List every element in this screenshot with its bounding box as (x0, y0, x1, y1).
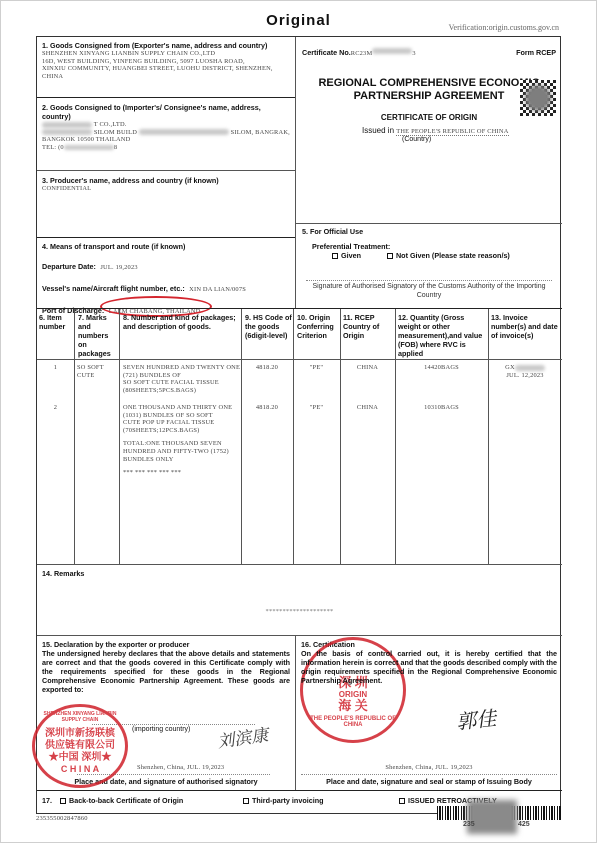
country-caption: (Country) (302, 136, 556, 143)
total-line: HUNDRED AND FIFTY-TWO (1752) (123, 448, 241, 456)
header-marks: 7. Marks and numbers on packages (78, 313, 118, 358)
header-quantity: 12. Quantity (Gross weight or other meas… (398, 313, 486, 358)
exporter-signature: 刘滨康 (216, 721, 270, 753)
description-line: SO SOFT CUTE FACIAL TISSUE (123, 379, 241, 387)
consignee-line: T CO.,LTD. (42, 121, 290, 129)
issued-in-label: Issued in (362, 126, 394, 135)
customs-sig-caption: Signature of Authorised Signatory of the… (302, 283, 556, 300)
quantity: 14420BAGS (395, 364, 488, 372)
vessel-value: XIN DA LIAN/007S (189, 286, 246, 293)
verification-url: Verification:origin.customs.gov.cn (449, 23, 559, 32)
description-line: ONE THOUSAND AND THIRTY ONE (123, 404, 241, 412)
agreement-title: PARTNERSHIP AGREEMENT (302, 90, 556, 103)
barcode-prefix: 235 (463, 821, 475, 828)
header-invoice: 13. Invoice number(s) and date of invoic… (491, 313, 561, 340)
hs-code: 4818.20 (241, 364, 293, 372)
end-marker: *** *** *** *** *** (123, 469, 241, 477)
invoice-number: GX (488, 364, 562, 372)
consignee-line: BANGKOK 10500 THAILAND (42, 136, 290, 144)
country: CHINA (340, 404, 395, 412)
issuing-caption: Place and date, signature and seal or st… (296, 777, 562, 786)
box14-label: 14. Remarks (42, 569, 557, 578)
box2-label: 2. Goods Consigned to (Importer's/ Consi… (42, 103, 290, 121)
departure-value: JUL. 19,2023 (100, 264, 137, 271)
qr-code (520, 80, 556, 116)
invoice-date: JUL. 12,2023 (488, 372, 562, 380)
goods-table: 6. Item number 7. Marks and numbers on p… (37, 309, 562, 564)
exporter-line: SHENZHEN XINYANG LIANBIN SUPPLY CHAIN CO… (42, 50, 290, 58)
description-line: (80SHEETS;5PCS.BAGS) (123, 387, 241, 395)
box15-declaration: 15. Declaration by the exporter or produ… (37, 636, 295, 790)
pref-label: Preferential Treatment: (302, 242, 556, 251)
company-stamp: SHENZHEN XINYANG LIANBIN SUPPLY CHAIN 深圳… (32, 704, 128, 788)
box2-consignee: 2. Goods Consigned to (Importer's/ Consi… (37, 98, 295, 170)
header-hs-code: 9. HS Code of the goods (6digit-level) (245, 313, 292, 340)
certificate-header: Certificate No.RC23M3 Form RCEP REGIONAL… (296, 37, 562, 223)
hs-code: 4818.20 (241, 404, 293, 412)
header-description: 8. Number and kind of packages; and desc… (123, 313, 239, 331)
barcode-suffix: 425 (518, 821, 530, 828)
back-to-back-checkbox[interactable]: Back-to-back Certificate of Origin (60, 796, 183, 805)
issuing-place-date: Shenzhen, China, JUL. 19,2023 (296, 764, 562, 772)
consignee-line: SILOM BUILD SILOM, BANGRAK, (42, 129, 290, 137)
box15-label: 15. Declaration by the exporter or produ… (42, 640, 290, 649)
box1-label: 1. Goods Consigned from (Exporter's name… (42, 41, 290, 50)
not-given-checkbox[interactable]: Not Given (Please state reason/s) (387, 251, 510, 260)
header-item-number: 6. Item number (39, 313, 73, 331)
official-signature: 郭佳 (455, 702, 498, 735)
exporter-line: CHINA (42, 73, 290, 81)
box5-label: 5. For Official Use (302, 227, 556, 236)
producer-value: CONFIDENTIAL (42, 185, 290, 193)
exporter-place-date: Shenzhen, China, JUL. 19,2023 (137, 764, 224, 772)
vessel-label: Vessel's name/Aircraft flight number, et… (42, 284, 185, 293)
description-line: (721) BUNDLES OF (123, 372, 241, 380)
box5-official-use: 5. For Official Use Preferential Treatme… (296, 224, 562, 308)
total-line: TOTAL:ONE THOUSAND SEVEN (123, 440, 241, 448)
item-number: 2 (37, 404, 74, 412)
marks: SO SOFT CUTE (77, 364, 117, 379)
box14-remarks: 14. Remarks ******************** (37, 565, 562, 635)
header-country: 11. RCEP Country of Origin (343, 313, 393, 340)
importing-country-caption: (importing country) (132, 726, 190, 733)
description-line: CUTE POP UP FACIAL TISSUE (123, 419, 241, 427)
departure-label: Departure Date: (42, 262, 96, 271)
barcode-redaction (467, 800, 517, 834)
box4-transport: 4. Means of transport and route (if know… (37, 238, 295, 308)
criterion: "PE" (293, 364, 340, 372)
country: CHINA (340, 364, 395, 372)
description-line: (70SHEETS;12PCS.BAGS) (123, 427, 241, 435)
box3-label: 3. Producer's name, address and country … (42, 176, 290, 185)
given-checkbox[interactable]: Given (332, 251, 361, 260)
third-party-checkbox[interactable]: Third-party invoicing (243, 796, 323, 805)
criterion: "PE" (293, 404, 340, 412)
issued-in-value: THE PEOPLE'S REPUBLIC OF CHINA (396, 128, 508, 136)
box17-label: 17. (42, 796, 52, 805)
exporter-line: XINXIU COMMUNITY, HUANGBEI STREET, LUOHU… (42, 65, 290, 73)
description-line: (1031) BUNDLES OF SO SOFT (123, 412, 241, 420)
declaration-text: The undersigned hereby declares that the… (42, 649, 290, 694)
remarks-value: ******************** (42, 608, 557, 616)
certificate-form: 1. Goods Consigned from (Exporter's name… (36, 36, 561, 814)
box3-producer: 3. Producer's name, address and country … (37, 171, 295, 237)
cert-title: CERTIFICATE OF ORIGIN (302, 113, 556, 122)
agreement-title: REGIONAL COMPREHENSIVE ECONOMIC (302, 77, 556, 90)
description-line: SEVEN HUNDRED AND TWENTY ONE (123, 364, 241, 372)
form-type: Form RCEP (516, 48, 556, 57)
total-line: BUNDLES ONLY (123, 456, 241, 464)
cert-no-label: Certificate No. (302, 48, 351, 57)
box16-certification: 16. Certification On the basis of contro… (296, 636, 562, 790)
consignee-line: TEL: (08 (42, 144, 290, 152)
box4-label: 4. Means of transport and route (if know… (42, 242, 290, 251)
item-number: 1 (37, 364, 74, 372)
serial-number: 235355002847860 (36, 815, 88, 823)
certification-text: On the basis of control carried out, it … (301, 649, 557, 685)
quantity: 10310BAGS (395, 404, 488, 412)
exporter-line: 16D, WEST BUILDING, YINFENG BUILDING, 50… (42, 58, 290, 66)
header-criterion: 10. Origin Conferring Criterion (297, 313, 339, 340)
cert-no-value: RC23M (351, 50, 373, 57)
box1-exporter: 1. Goods Consigned from (Exporter's name… (37, 37, 295, 97)
